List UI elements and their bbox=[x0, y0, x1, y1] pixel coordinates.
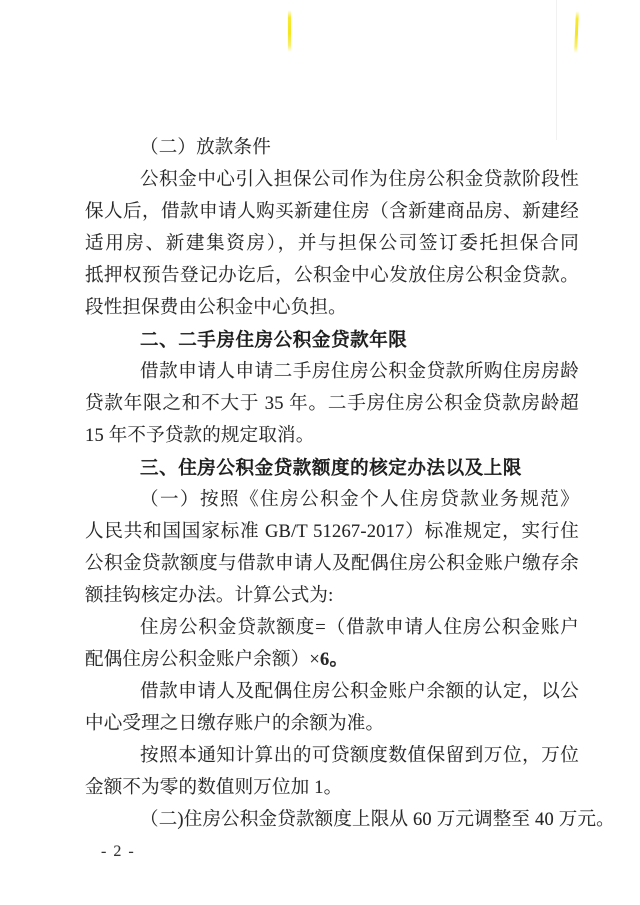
subsection-heading: （二）放款条件 bbox=[85, 132, 579, 164]
section-heading-2: 二、二手房住房公积金贷款年限 bbox=[85, 324, 579, 356]
formula-line: 配偶住房公积金账户余额）×6。 bbox=[85, 644, 579, 676]
document-body: （二）放款条件 公积金中心引入担保公司作为住房公积金贷款阶段性担 保人后，借款申… bbox=[85, 132, 579, 836]
formula-line: 住房公积金贷款额度=（借款申请人住房公积金账户余额+ bbox=[85, 612, 579, 644]
text-line: 15 年不予贷款的规定取消。 bbox=[85, 420, 579, 452]
formula-multiplier: 6。 bbox=[320, 650, 348, 670]
text-line: 金额不为零的数值则万位加 1。 bbox=[85, 772, 579, 804]
scan-fold-line bbox=[556, 0, 557, 140]
text-line: 保人后，借款申请人购买新建住房（含新建商品房、新建经济 bbox=[85, 196, 579, 228]
text-line: （二)住房公积金贷款额度上限从 60 万元调整至 40 万元。 bbox=[85, 804, 579, 836]
text-line: 抵押权预告登记办讫后，公积金中心发放住房公积金贷款。阶 bbox=[85, 260, 579, 292]
highlighter-mark-icon bbox=[574, 11, 579, 53]
formula-text: 配偶住房公积金账户余额）× bbox=[85, 650, 320, 670]
text-line: 额挂钩核定办法。计算公式为: bbox=[85, 580, 579, 612]
text-line: 按照本通知计算出的可贷额度数值保留到万位，万位以下 bbox=[85, 740, 579, 772]
scanned-document-page: （二）放款条件 公积金中心引入担保公司作为住房公积金贷款阶段性担 保人后，借款申… bbox=[0, 0, 640, 905]
text-line: 借款申请人申请二手房住房公积金贷款所购住房房龄加 bbox=[85, 356, 579, 388]
section-heading-3: 三、住房公积金贷款额度的核定办法以及上限 bbox=[85, 452, 579, 484]
text-line: 适用房、新建集资房），并与担保公司签订委托担保合同的， bbox=[85, 228, 579, 260]
text-line: 借款申请人及配偶住房公积金账户余额的认定，以公积金 bbox=[85, 676, 579, 708]
highlighter-mark-icon bbox=[288, 10, 291, 52]
text-line: （一）按照《住房公积金个人住房贷款业务规范》（中华 bbox=[85, 484, 579, 516]
text-line: 公积金贷款额度与借款申请人及配偶住房公积金账户缴存余 bbox=[85, 548, 579, 580]
text-line: 中心受理之日缴存账户的余额为准。 bbox=[85, 708, 579, 740]
text-line: 人民共和国国家标准 GB/T 51267-2017）标准规定，实行住房 bbox=[85, 516, 579, 548]
page-number: - 2 - bbox=[101, 843, 135, 861]
text-line: 段性担保费由公积金中心负担。 bbox=[85, 292, 579, 324]
text-line: 公积金中心引入担保公司作为住房公积金贷款阶段性担 bbox=[85, 164, 579, 196]
text-line: 贷款年限之和不大于 35 年。二手房住房公积金贷款房龄超过 bbox=[85, 388, 579, 420]
